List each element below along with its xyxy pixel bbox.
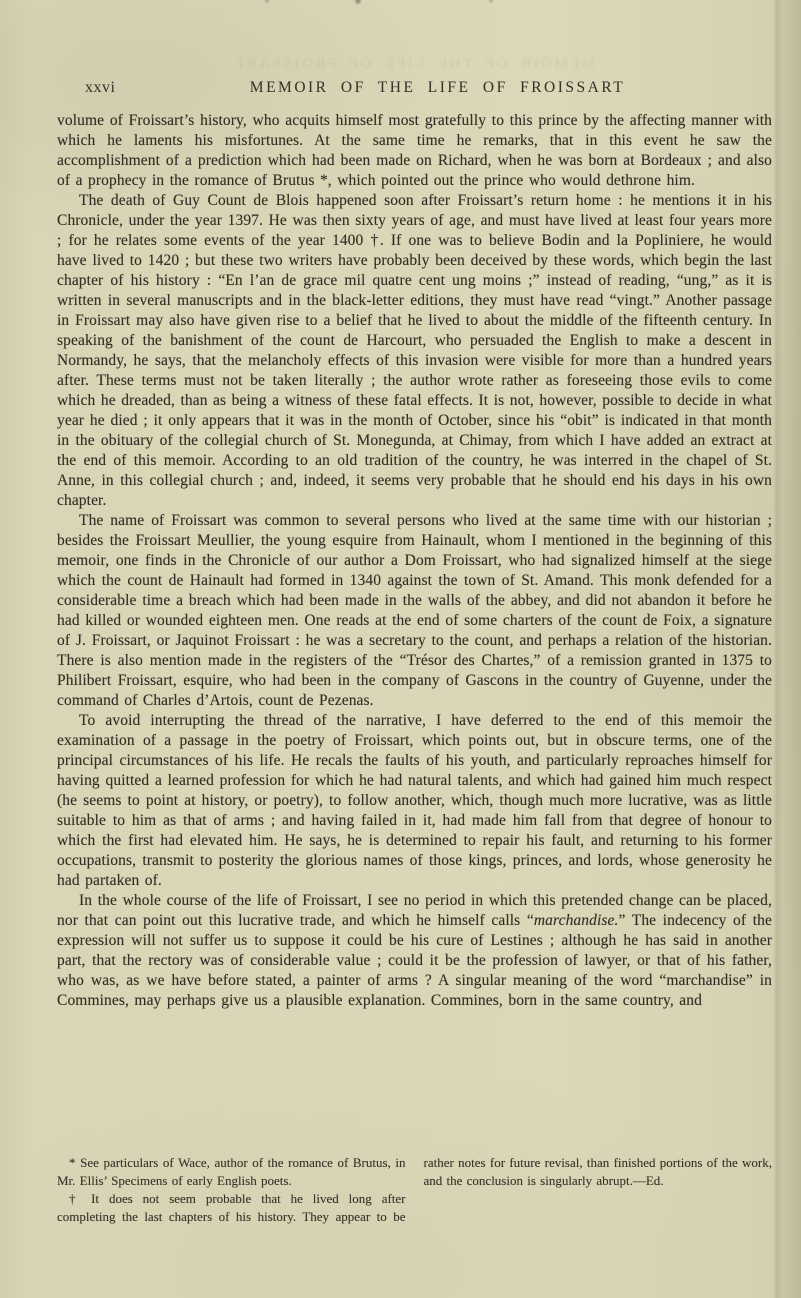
paragraph-avoid-interrupting: To avoid interrupting the thread of the …	[57, 711, 772, 891]
dagger-footnote-marker: †	[69, 1191, 81, 1206]
paragraph-whole-course: In the whole course of the life of Frois…	[57, 891, 772, 1011]
asterisk-footnote-marker: *	[69, 1155, 76, 1170]
paragraph-continuation: volume of Froissart’s history, who acqui…	[57, 111, 772, 191]
paragraph-text: volume of Froissart’s history, who acqui…	[57, 112, 772, 189]
paragraph-text: The name of Froissart was common to seve…	[57, 512, 772, 709]
bleedthrough-ghost-text: MEMOIR OF THE LIFE OF FROISSART	[57, 56, 772, 73]
footnote-wace: * See particulars of Wace, author of the…	[57, 1154, 406, 1190]
paragraph-name-of-froissart: The name of Froissart was common to seve…	[57, 511, 772, 711]
footnotes-block: * See particulars of Wace, author of the…	[57, 1154, 772, 1226]
paragraph-text-italic: marchandise.	[534, 912, 619, 929]
footnote-text: See particulars of Wace, author of the r…	[57, 1155, 406, 1188]
running-title: MEMOIR OF THE LIFE OF FROISSART	[80, 79, 795, 97]
book-page: MEMOIR OF THE LIFE OF FROISSART xxvi MEM…	[0, 0, 801, 1298]
page-header: xxvi MEMOIR OF THE LIFE OF FROISSART	[57, 79, 772, 101]
page-edge-shadow	[773, 0, 801, 1298]
body-text-block: volume of Froissart’s history, who acqui…	[57, 111, 772, 1153]
paragraph-text: To avoid interrupting the thread of the …	[57, 712, 772, 889]
paragraph-death-of-guy: The death of Guy Count de Blois happened…	[57, 191, 772, 511]
paragraph-text: The death of Guy Count de Blois happened…	[57, 192, 772, 509]
